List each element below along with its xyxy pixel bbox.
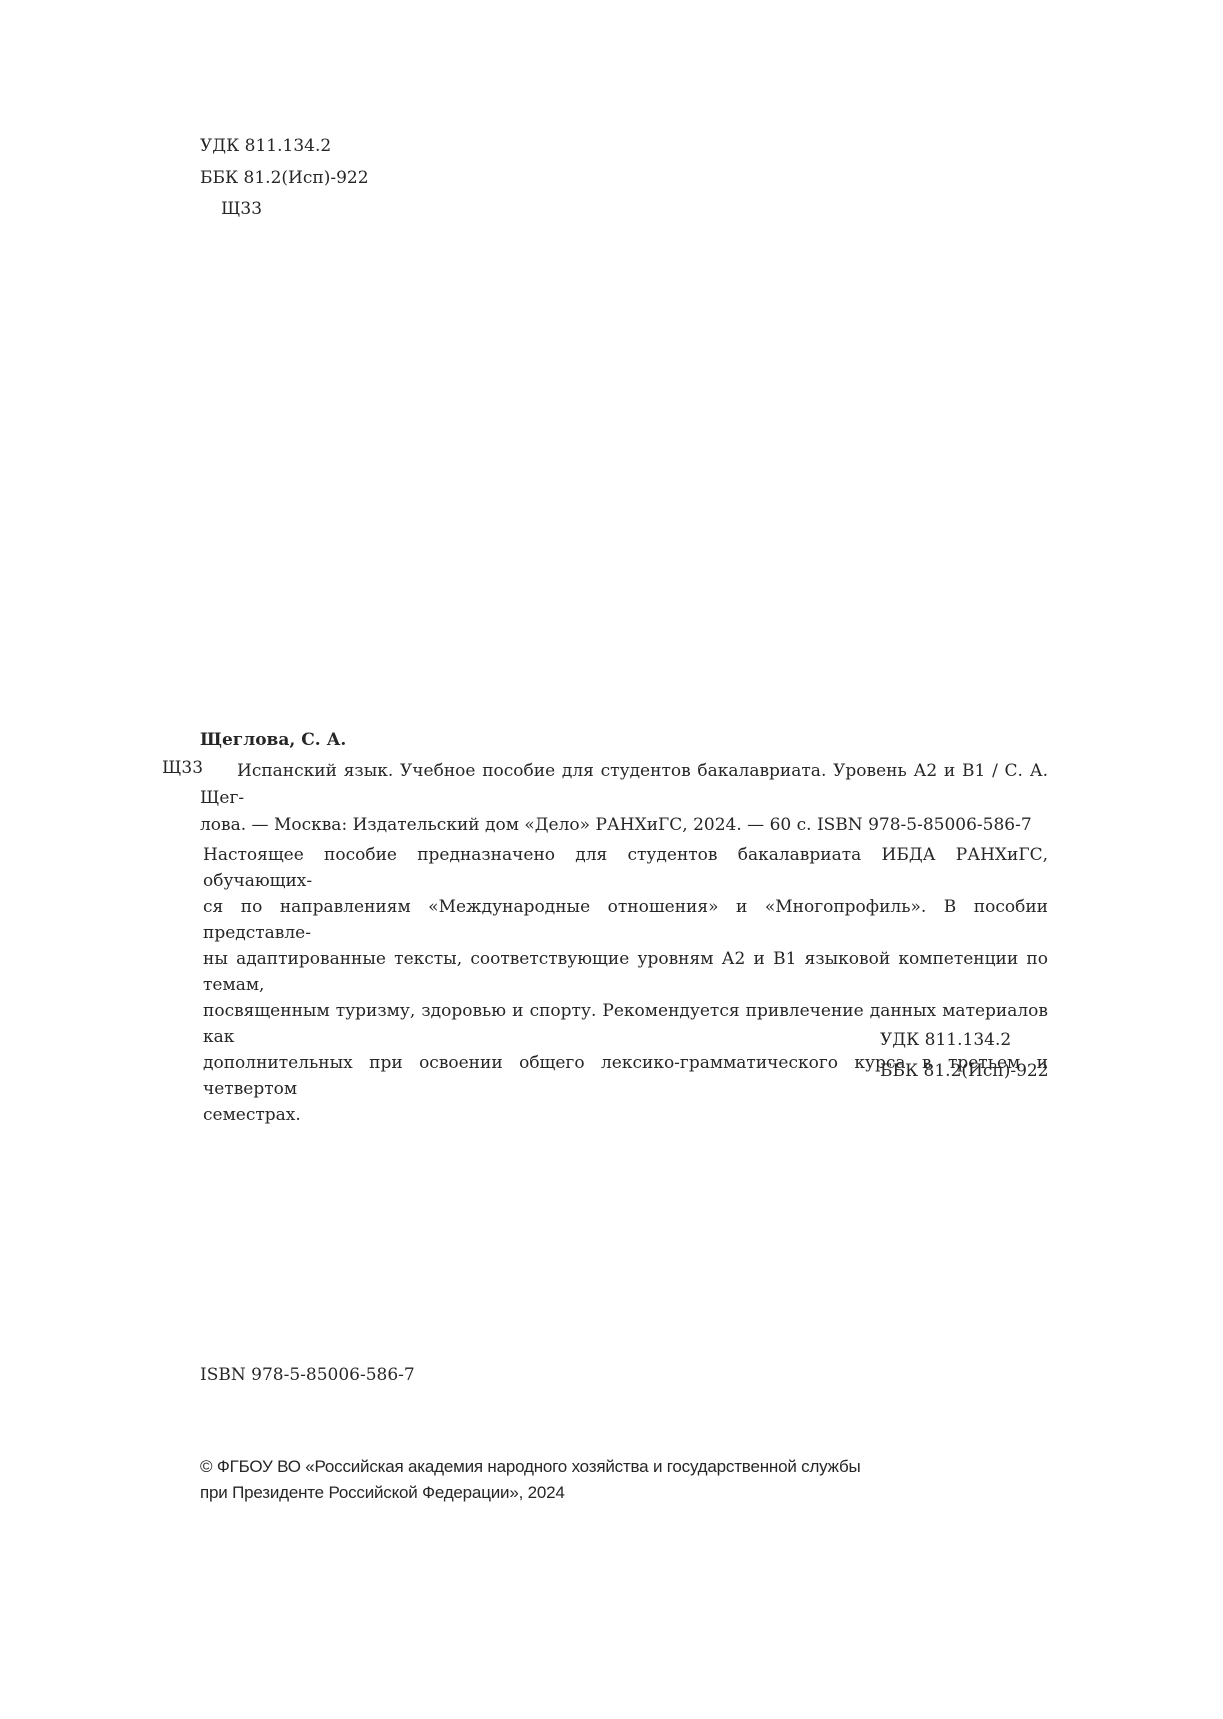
copyright-notice: © ФГБОУ ВО «Российская академия народног… xyxy=(200,1454,980,1506)
bottom-bbk-code: ББК 81.2(Исп)-922 xyxy=(880,1061,1049,1081)
abstract-line: семестрах. xyxy=(203,1102,1048,1128)
top-bbk-code: ББК 81.2(Исп)-922 xyxy=(200,168,369,188)
author-name: Щеглова, С. А. xyxy=(200,730,346,750)
citation-line-2: лова. — Москва: Издательский дом «Дело» … xyxy=(200,812,1048,839)
abstract-line: ны адаптированные тексты, соответствующи… xyxy=(203,946,1048,998)
abstract-line: ся по направлениям «Международные отноше… xyxy=(203,894,1048,946)
top-author-code: Щ33 xyxy=(221,199,262,219)
isbn: ISBN 978-5-85006-586-7 xyxy=(200,1365,415,1385)
bottom-udk-code: УДК 811.134.2 xyxy=(880,1030,1011,1050)
abstract-line: Настоящее пособие предназначено для студ… xyxy=(203,842,1048,894)
citation: Испанский язык. Учебное пособие для студ… xyxy=(200,758,1048,839)
document-page: УДК 811.134.2 ББК 81.2(Исп)-922 Щ33 Щегл… xyxy=(0,0,1223,1719)
abstract: Настоящее пособие предназначено для студ… xyxy=(203,842,1048,1128)
copyright-line-2: при Президенте Российской Федерации», 20… xyxy=(200,1480,980,1506)
copyright-line-1: © ФГБОУ ВО «Российская академия народног… xyxy=(200,1454,980,1480)
citation-author-code: Щ33 xyxy=(162,758,203,778)
top-udk-code: УДК 811.134.2 xyxy=(200,136,331,156)
citation-line-1: Испанский язык. Учебное пособие для студ… xyxy=(200,758,1048,812)
